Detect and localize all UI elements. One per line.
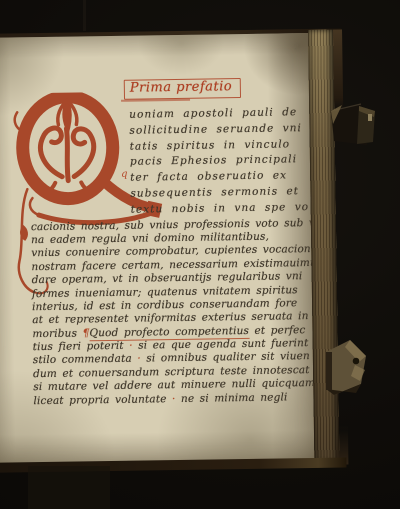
lower-clasp-hole <box>353 358 360 365</box>
rubric-mark: · <box>132 353 141 365</box>
book: 2 Prima prefatio Q <box>0 28 363 475</box>
line-text: tius fieri poterit <box>33 340 124 353</box>
folio-number: 2 <box>294 43 299 51</box>
manuscript-photo: 2 Prima prefatio Q <box>0 0 400 509</box>
rubric-heading-text: Prima prefatio <box>130 79 233 96</box>
line-text: si omnibus qualiter sit viuen <box>141 351 310 366</box>
lower-clasp-mount <box>326 352 332 390</box>
line-text: tatis spiritus in vinculo <box>130 138 291 152</box>
line-text: ter facta obseruatio ex <box>130 170 287 184</box>
line-text: pacis Ephesios principali <box>130 154 297 168</box>
background-seam <box>83 0 86 31</box>
line-text: moribus <box>32 327 82 340</box>
line-text: textu nobis in vna spe vo <box>131 201 310 216</box>
line-text: liceat propria voluntate <box>33 393 166 407</box>
rubric-mark: · <box>166 393 175 405</box>
line-text: subsequentis sermonis et <box>130 185 299 200</box>
upper-clasp <box>331 101 378 154</box>
rubric-mark: · <box>124 340 133 352</box>
lower-clasp <box>326 336 379 407</box>
manuscript-line: liceat propria voluntate · ne si minima … <box>33 391 309 408</box>
book-cover-edge-right <box>333 30 343 110</box>
manuscript-page: 2 Prima prefatio Q <box>0 33 314 465</box>
rubric-heading: Prima prefatio <box>124 78 242 100</box>
text-block: uoniam apostoli pauli desollicitudine se… <box>29 106 309 408</box>
line-text: et perfec <box>249 324 306 337</box>
line-text: uoniam apostoli pauli de <box>129 106 297 120</box>
line-text: si ea que agenda sunt fuerint <box>133 337 309 352</box>
line-text: stilo commendata <box>33 353 132 366</box>
cradle-shadow <box>28 466 110 509</box>
line-text: ne si minima negli <box>175 391 287 405</box>
line-text: sollicitudine seruande vni <box>129 122 302 137</box>
